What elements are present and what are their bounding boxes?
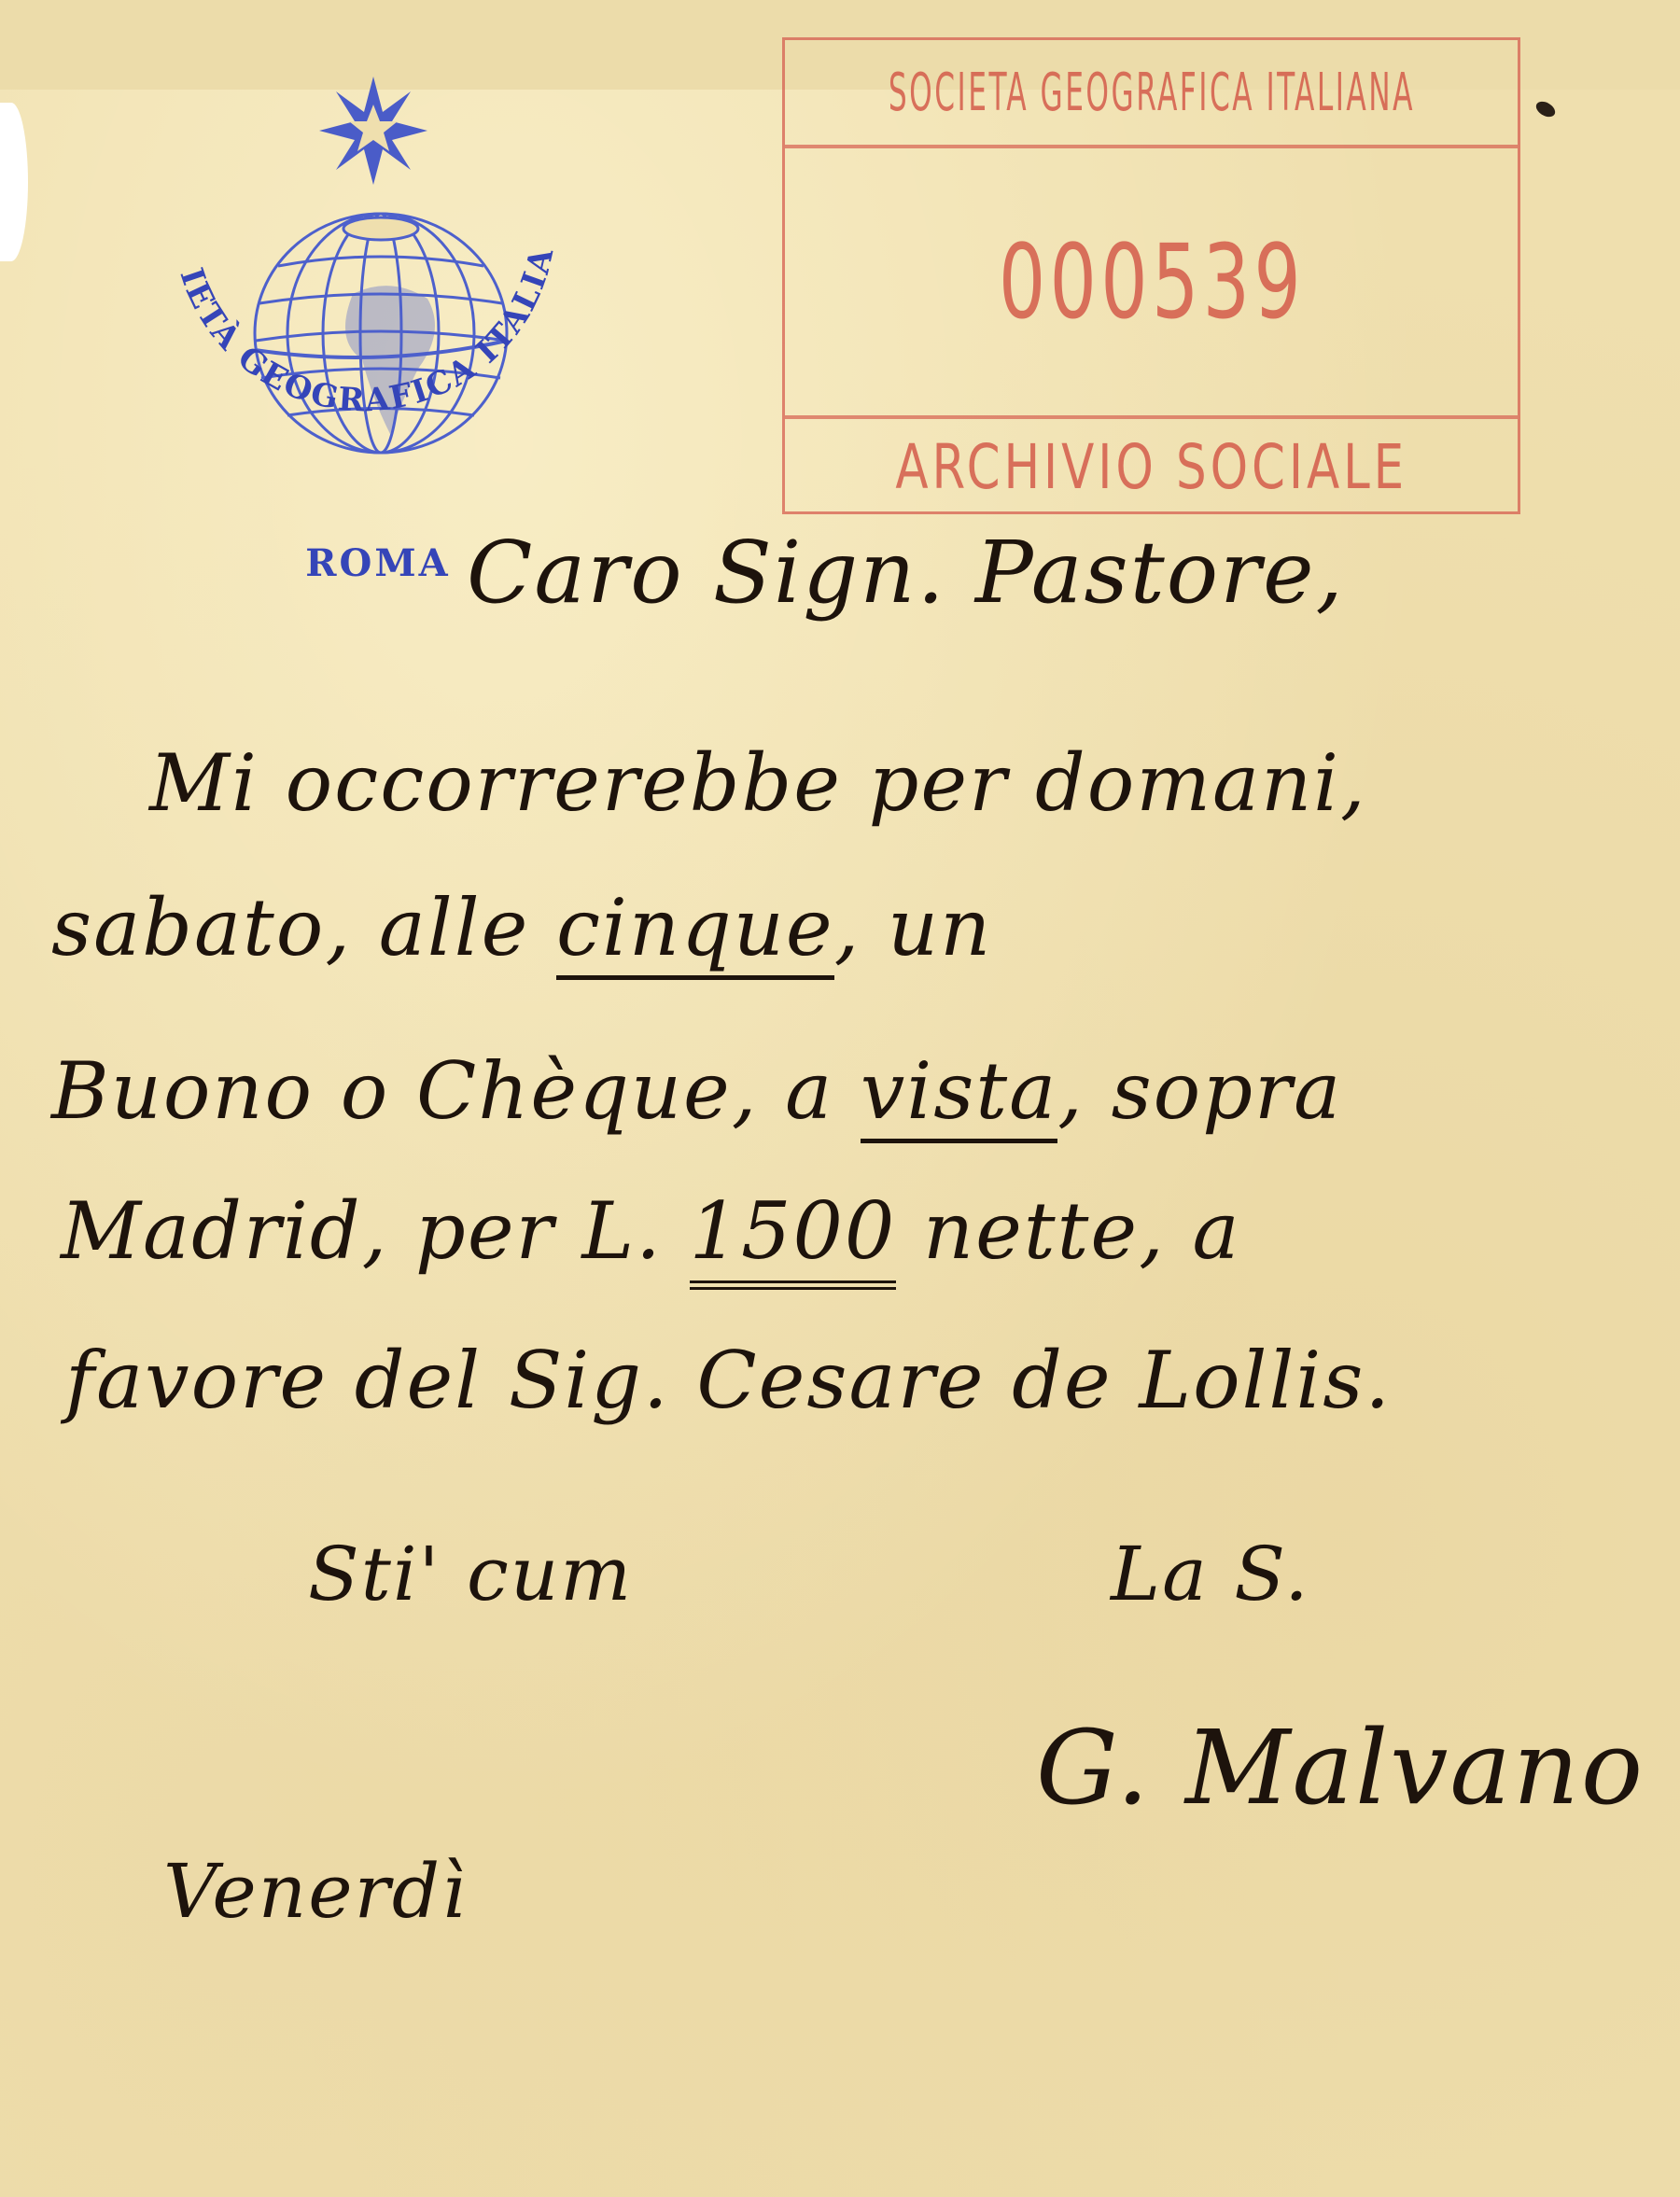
line-3-part-a: Buono o Chèque, a (51, 1045, 861, 1137)
closing-left: Sti' cum (308, 1531, 633, 1617)
letter-line-1: Mi occorrerebbe per domani, (149, 737, 1367, 829)
stamp-body: 000539 (785, 148, 1518, 414)
closing-right: La S. (1111, 1531, 1310, 1617)
signature: G. Malvano (1036, 1708, 1645, 1827)
stamp-title: SOCIETA GEOGRAFICA ITALIANA (888, 63, 1414, 123)
line-3-part-b: , sopra (1057, 1045, 1342, 1137)
letter-salutation: Caro Sign. Pastore, (467, 523, 1345, 623)
line-2-part-a: sabato, alle (51, 882, 556, 973)
amount-1500: 1500 (690, 1185, 897, 1290)
letter-line-3: Buono o Chèque, a vista, sopra (51, 1045, 1342, 1137)
line-4-part-a: Madrid, per L. (61, 1185, 690, 1277)
stamp-footer-row: ARCHIVIO SOCIALE (785, 415, 1518, 515)
star-icon (317, 75, 429, 187)
date-note: Venerdì (163, 1848, 468, 1935)
letter-line-2: sabato, alle cinque, un (51, 882, 992, 973)
stamp-footer: ARCHIVIO SOCIALE (895, 431, 1407, 503)
letter-line-4: Madrid, per L. 1500 nette, a (61, 1185, 1241, 1277)
stamp-number: 000539 (998, 222, 1304, 342)
svg-text:SOCIETÀ GEOGRAFICA ITALIANA: SOCIETÀ GEOGRAFICA ITALIANA (159, 243, 562, 420)
letterhead-city: ROMA (285, 541, 471, 585)
underlined-word-vista: vista (861, 1045, 1057, 1143)
line-2-part-b: , un (834, 882, 993, 973)
archive-stamp: SOCIETA GEOGRAFICA ITALIANA 000539 ARCHI… (782, 37, 1520, 514)
underlined-word-cinque: cinque (556, 882, 834, 980)
letterhead: SOCIETÀ GEOGRAFICA ITALIANA ROMA (159, 75, 569, 597)
letter-line-5: favore del Sig. Cesare de Lollis. (65, 1335, 1392, 1426)
stamp-header: SOCIETA GEOGRAFICA ITALIANA (785, 40, 1518, 148)
line-4-part-b: nette, a (896, 1185, 1240, 1277)
